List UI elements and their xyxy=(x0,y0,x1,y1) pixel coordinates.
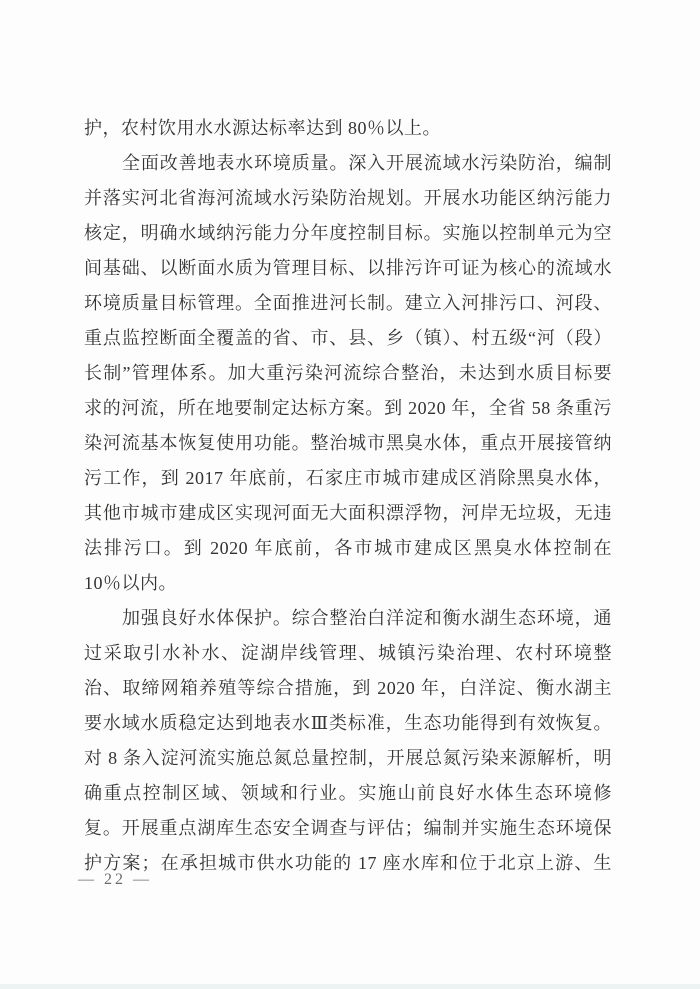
text-line: 间基础、以断面水质为管理目标、以排污许可证为核心的流域水 xyxy=(84,251,612,286)
text-line: 加强良好水体保护。综合整治白洋淀和衡水湖生态环境，通 xyxy=(84,601,612,636)
text-line: 其他市城市建成区实现河面无大面积漂浮物，河岸无垃圾，无违 xyxy=(84,496,612,531)
text-line: 核定，明确水域纳污能力分年度控制目标。实施以控制单元为空 xyxy=(84,216,612,251)
text-line: 求的河流，所在地要制定达标方案。到 2020 年，全省 58 条重污 xyxy=(84,391,612,426)
text-line: 并落实河北省海河流域水污染防治规划。开展水功能区纳污能力 xyxy=(84,181,612,216)
text-line: 环境质量目标管理。全面推进河长制。建立入河排污口、河段、 xyxy=(84,286,612,321)
text-line: 污工作，到 2017 年底前，石家庄市城市建成区消除黑臭水体， xyxy=(84,461,612,496)
text-line: 法排污口。到 2020 年底前，各市城市建成区黑臭水体控制在 xyxy=(84,531,612,566)
text-line: 过采取引水补水、淀湖岸线管理、城镇污染治理、农村环境整 xyxy=(84,636,612,671)
body-text: 护，农村饮用水水源达标率达到 80％以上。 全面改善地表水环境质量。深入开展流域… xyxy=(84,111,612,881)
text-line: 10％以内。 xyxy=(84,566,612,601)
text-line: 染河流基本恢复使用功能。整治城市黑臭水体，重点开展接管纳 xyxy=(84,426,612,461)
text-line: 要水域水质稳定达到地表水Ⅲ类标准，生态功能得到有效恢复。 xyxy=(84,706,612,741)
text-line: 全面改善地表水环境质量。深入开展流域水污染防治，编制 xyxy=(84,146,612,181)
text-line: 护，农村饮用水水源达标率达到 80％以上。 xyxy=(84,111,612,146)
text-line: 对 8 条入淀河流实施总氮总量控制，开展总氮污染来源解析，明 xyxy=(84,741,612,776)
page-number: — 22 — xyxy=(78,869,152,891)
text-line: 确重点控制区域、领域和行业。实施山前良好水体生态环境修 xyxy=(84,776,612,811)
text-line: 长制”管理体系。加大重污染河流综合整治，未达到水质目标要 xyxy=(84,356,612,391)
text-line: 护方案；在承担城市供水功能的 17 座水库和位于北京上游、生 xyxy=(84,846,612,881)
text-line: 复。开展重点湖库生态安全调查与评估；编制并实施生态环境保 xyxy=(84,811,612,846)
document-page: 护，农村饮用水水源达标率达到 80％以上。 全面改善地表水环境质量。深入开展流域… xyxy=(0,0,700,989)
text-line: 重点监控断面全覆盖的省、市、县、乡（镇）、村五级“河（段） xyxy=(84,321,612,356)
scan-bottom-edge xyxy=(0,984,700,989)
text-line: 治、取缔网箱养殖等综合措施，到 2020 年，白洋淀、衡水湖主 xyxy=(84,671,612,706)
